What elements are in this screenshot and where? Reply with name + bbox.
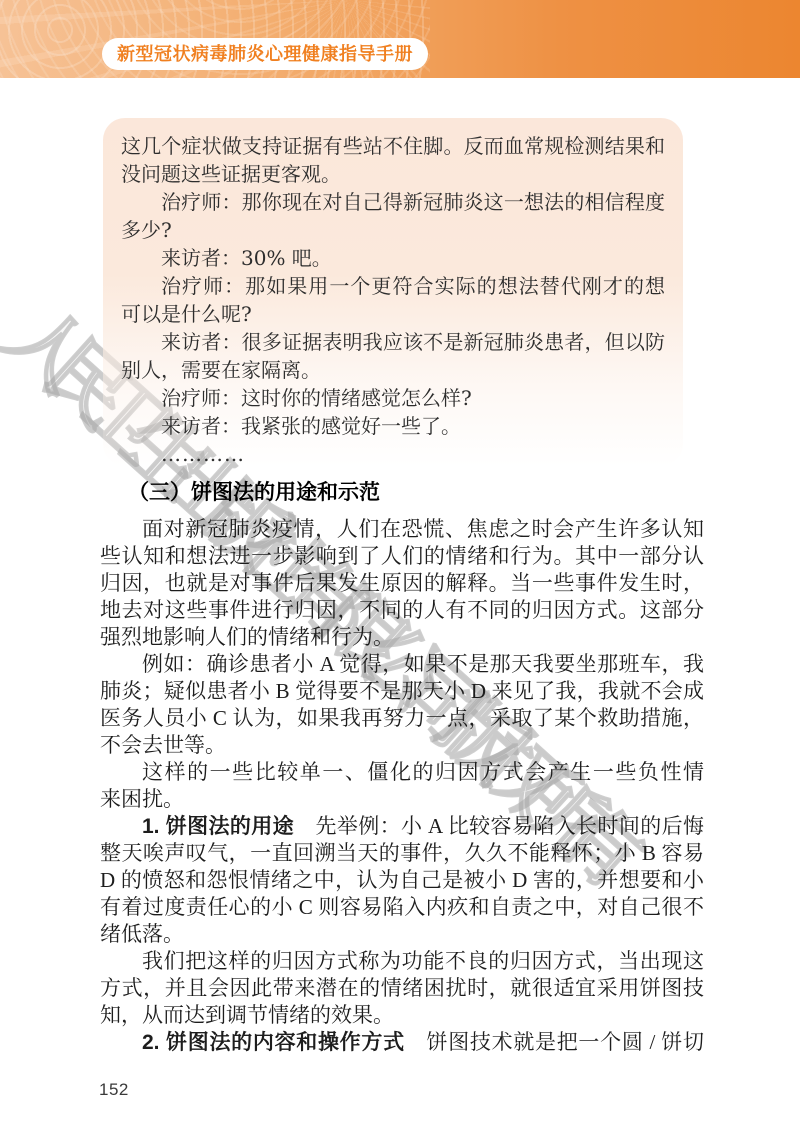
text-line: 1. 饼图法的用途 先举例：小 A 比较容易陷入长时间的后悔情绪，: [100, 813, 704, 840]
book-title: 新型冠状病毒肺炎心理健康指导手册: [117, 44, 413, 64]
page: 新型冠状病毒肺炎心理健康指导手册 人民卫生出版社有限公司版权所有 这几个症状做支…: [0, 0, 800, 1140]
run-in-heading: 2. 饼图法的内容和操作方式: [142, 1031, 405, 1054]
text-line: D 的愤怒和怨恨情绪之中，认为自己是被小 D 害的，并想要和小 D 绝交；: [100, 867, 704, 894]
dialog-line: 可以是什么呢?: [121, 300, 665, 328]
text-line: 方式，并且会因此带来潜在的情绪困扰时，就很适宜采用饼图技术来调整认: [100, 975, 704, 1002]
page-number: 152: [99, 1080, 129, 1100]
text-line: 面对新冠肺炎疫情，人们在恐慌、焦虑之时会产生许多认知和想法，这: [100, 516, 704, 543]
paragraph: 这样的一些比较单一、僵化的归因方式会产生一些负性情绪，为他们带 来困扰。: [100, 759, 704, 813]
dialog-line: 治疗师：那你现在对自己得新冠肺炎这一想法的相信程度有: [121, 188, 665, 216]
dialog-line: 来访者：很多证据表明我应该不是新冠肺炎患者，但以防万一传染: [121, 328, 665, 356]
text-line: 整天唉声叹气，一直回溯当天的事件，久久不能释怀；小 B 容易陷入对小: [100, 840, 704, 867]
dialog-line: 治疗师：那如果用一个更符合实际的想法替代刚才的想法，你觉得: [121, 272, 665, 300]
paragraph: 1. 饼图法的用途 先举例：小 A 比较容易陷入长时间的后悔情绪， 整天唉声叹气…: [100, 813, 704, 948]
dialog-line-ellipsis: …………: [121, 440, 665, 468]
text-line: 绪低落。: [100, 921, 704, 948]
dialog-line: 来访者：我紧张的感觉好一些了。: [121, 412, 665, 440]
body-content: （三）饼图法的用途和示范 面对新冠肺炎疫情，人们在恐慌、焦虑之时会产生许多认知和…: [100, 480, 704, 1056]
text-line: 知，从而达到调节情绪的效果。: [100, 1002, 704, 1029]
paragraph: 2. 饼图法的内容和操作方式 饼图技术就是把一个圆 / 饼切分为不同: [100, 1029, 704, 1056]
paragraph: 我们把这样的归因方式称为功能不良的归因方式，当出现这样的归因 方式，并且会因此带…: [100, 948, 704, 1029]
text-line: 例如：确诊患者小 A 觉得，如果不是那天我要坐那班车，我就不会感染: [100, 651, 704, 678]
text-line: 归因，也就是对事件后果发生原因的解释。当一些事件发生时，人们会自然: [100, 570, 704, 597]
book-title-pill: 新型冠状病毒肺炎心理健康指导手册: [102, 38, 428, 70]
text-line: 肺炎；疑似患者小 B 觉得要不是那天小 D 来见了我，我就不会成为疑似患者；: [100, 678, 704, 705]
paragraph: 例如：确诊患者小 A 觉得，如果不是那天我要坐那班车，我就不会感染 肺炎；疑似患…: [100, 651, 704, 759]
dialog-line: 治疗师：这时你的情绪感觉怎么样?: [121, 384, 665, 412]
paragraph: 面对新冠肺炎疫情，人们在恐慌、焦虑之时会产生许多认知和想法，这 些认知和想法进一…: [100, 516, 704, 651]
text-line: 些认知和想法进一步影响到了人们的情绪和行为。其中一部分认知是关于: [100, 543, 704, 570]
header-band: 新型冠状病毒肺炎心理健康指导手册: [0, 0, 800, 78]
text-line: 地去对这些事件进行归因，不同的人有不同的归因方式。这部分认知会很: [100, 597, 704, 624]
dialog-line: 来访者：30% 吧。: [121, 244, 665, 272]
text-line: 强烈地影响人们的情绪和行为。: [100, 624, 704, 651]
dialog-box: 这几个症状做支持证据有些站不住脚。反而血常规检测结果和家人都 没问题这些证据更客…: [103, 118, 683, 466]
dialog-line: 这几个症状做支持证据有些站不住脚。反而血常规检测结果和家人都: [121, 132, 665, 160]
text-line: 我们把这样的归因方式称为功能不良的归因方式，当出现这样的归因: [100, 948, 704, 975]
text-line: 有着过度责任心的小 C 则容易陷入内疚和自责之中，对自己很不满意，情: [100, 894, 704, 921]
dialog-line: 别人，需要在家隔离。: [121, 356, 665, 384]
text-line: 不会去世等。: [100, 732, 704, 759]
text-line: 医务人员小 C 认为，如果我再努力一点，采取了某个救助措施，某床患者就: [100, 705, 704, 732]
run-in-heading: 1. 饼图法的用途: [142, 815, 294, 838]
dialog-line: 没问题这些证据更客观。: [121, 160, 665, 188]
section-heading: （三）饼图法的用途和示范: [100, 480, 704, 506]
dialog-line: 多少?: [121, 216, 665, 244]
text-line: 这样的一些比较单一、僵化的归因方式会产生一些负性情绪，为他们带: [100, 759, 704, 786]
text-line: 来困扰。: [100, 786, 704, 813]
text-line: 2. 饼图法的内容和操作方式 饼图技术就是把一个圆 / 饼切分为不同: [100, 1029, 704, 1056]
